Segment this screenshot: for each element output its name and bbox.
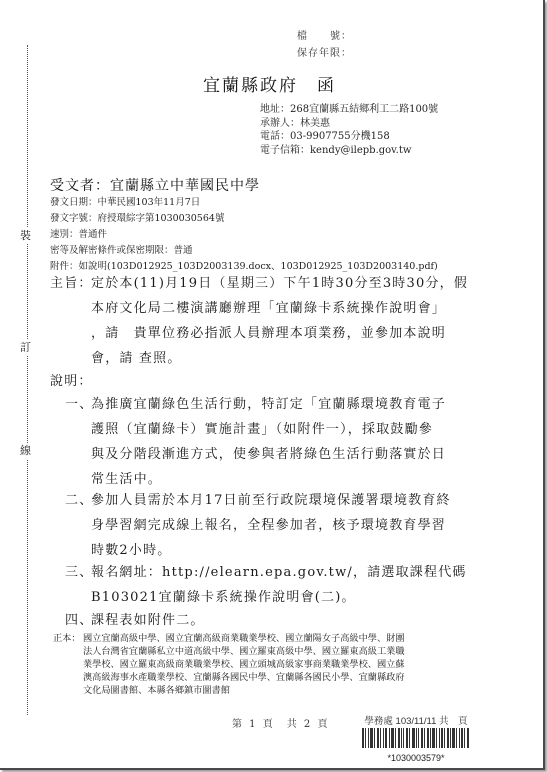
email: 電子信箱：kendy@ilepb.gov.tw xyxy=(260,144,438,158)
carbon-copy-label: 正本： xyxy=(53,632,81,645)
subject-line: 會，請 查照。 xyxy=(91,346,468,371)
cc-line: 業學校、國立羅東高級商業職業學校、國立頭城高級家事商業職業學校、國立蘇 xyxy=(83,658,405,671)
barcode-icon xyxy=(360,728,472,748)
item-line: 身學習網完成線上報名，全程參加者，核予環境教育學習 xyxy=(91,513,451,538)
explanation-item-2: 參加人員需於本月17日前至行政院環境保護署環境教育終 身學習網完成線上報名，全程… xyxy=(91,488,451,563)
recipient: 受文者：宜蘭縣立中華國民中學 xyxy=(50,175,260,195)
document-title: 宜蘭縣政府 函 xyxy=(203,71,336,96)
explanation-item-3-num: 三、 xyxy=(65,560,93,585)
subject-line: 定於本(11)月19日（星期三）下午1時30分至3時30分，假 xyxy=(91,271,468,296)
explanation-item-3: 報名網址：http://elearn.epa.gov.tw/，請選取課程代碼 B… xyxy=(91,560,467,610)
page-number: 第 1 頁 共 2 頁 xyxy=(232,715,329,730)
explanation-item-1-num: 一、 xyxy=(65,392,93,417)
subject-label: 主旨： xyxy=(50,271,93,296)
barcode-header: 學務處 103/11/11 共 頁 xyxy=(360,713,472,727)
explanation-label: 說明： xyxy=(50,369,93,394)
binding-mark-zhuang: 裝 xyxy=(20,228,31,244)
officer: 承辦人：林美惠 xyxy=(260,117,438,131)
barcode-stamp: 學務處 103/11/11 共 頁 xyxy=(360,713,472,763)
subject-line: 本府文化局二樓演講廳辦理「宜蘭綠卡系統操作說明會」 xyxy=(91,296,468,321)
document-info: 發文日期：中華民國103年11月7日 發文字號：府授環綜字第1030030564… xyxy=(50,195,438,275)
barcode-number: *1030003579* xyxy=(360,753,472,763)
cc-line: 文化局圖書館、本縣各鄉鎮市圖書館 xyxy=(83,684,405,697)
explanation-item-2-num: 二、 xyxy=(65,488,93,513)
item-line: 護照（宜蘭綠卡）實施計畫」（如附件一），採取鼓勵參 xyxy=(91,417,446,442)
cc-line: 澳高級海事水產職業學校、宜蘭縣各國民中學、宜蘭縣各國民小學、宜蘭縣政府 xyxy=(83,671,405,684)
cc-line: 國立宜蘭高級中學、國立宜蘭高級商業職業學校、國立蘭陽女子高級中學、財團 xyxy=(83,632,405,645)
document-page: 裝 訂 線 檔 號： 保存年限： 宜蘭縣政府 函 地址：268宜蘭縣五結鄉利工二… xyxy=(0,0,545,770)
speed-class: 速別：普通件 xyxy=(50,227,438,243)
phone: 電話：03-9907755分機158 xyxy=(260,130,438,144)
binding-mark-ding: 訂 xyxy=(20,340,31,356)
contact-block: 地址：268宜蘭縣五結鄉利工二路100號 承辦人：林美惠 電話：03-99077… xyxy=(260,103,438,157)
address: 地址：268宜蘭縣五結鄉利工二路100號 xyxy=(260,103,438,117)
file-number-label: 檔 號： xyxy=(297,27,352,42)
carbon-copy-list: 國立宜蘭高級中學、國立宜蘭高級商業職業學校、國立蘭陽女子高級中學、財團 法人台灣… xyxy=(83,632,405,697)
item-line: 參加人員需於本月17日前至行政院環境保護署環境教育終 xyxy=(91,488,451,513)
binding-mark-xian: 線 xyxy=(20,443,31,459)
item-line: B103021宜蘭綠卡系統操作說明會(二)。 xyxy=(91,585,467,610)
subject-line: ，請 貴單位務必指派人員辦理本項業務，並參加本說明 xyxy=(91,321,468,346)
subject-body: 定於本(11)月19日（星期三）下午1時30分至3時30分，假 本府文化局二樓演… xyxy=(91,271,468,371)
binding-dotted-line xyxy=(27,45,28,715)
cc-line: 法人台灣省宜蘭縣私立中道高級中學、國立羅東高級中學、國立羅東高級工業職 xyxy=(83,645,405,658)
explanation-item-4-num: 四、 xyxy=(65,608,93,633)
item-line: 為推廣宜蘭綠色生活行動，特訂定「宜蘭縣環境教育電子 xyxy=(91,392,446,417)
item-line: 課程表如附件二。 xyxy=(91,608,205,633)
document-number: 發文字號：府授環綜字第1030030564號 xyxy=(50,211,438,227)
item-line: 與及分階段漸進方式，使參與者將綠色生活行動落實於日 xyxy=(91,442,446,467)
explanation-item-4: 課程表如附件二。 xyxy=(91,608,205,633)
explanation-item-1: 為推廣宜蘭綠色生活行動，特訂定「宜蘭縣環境教育電子 護照（宜蘭綠卡）實施計畫」（… xyxy=(91,392,446,492)
retention-period-label: 保存年限： xyxy=(297,44,352,59)
issue-date: 發文日期：中華民國103年11月7日 xyxy=(50,195,438,211)
confidentiality: 密等及解密條件或保密期限：普通 xyxy=(50,243,438,259)
item-line: 報名網址：http://elearn.epa.gov.tw/，請選取課程代碼 xyxy=(91,560,467,585)
